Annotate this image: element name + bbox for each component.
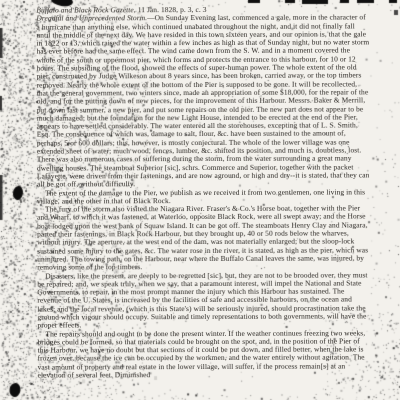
article-paragraph: The repairs should and ought to be done … — [37, 329, 370, 380]
article-opening-text: —On Sunday Evening last, commenced a gal… — [36, 13, 369, 189]
scanned-document-page: Buffalo and Black Rock Gazette, 11 Jan. … — [0, 0, 400, 400]
document-text-column: Buffalo and Black Rock Gazette, 11 Jan. … — [36, 5, 370, 380]
article-paragraph: The fury of the storm also visited the N… — [37, 205, 370, 273]
article-opening-paragraph: Dreadful and Unprecedented Storm.—On Sun… — [36, 14, 370, 189]
article-paragraph: Disasters, like the present, are deeply … — [37, 271, 370, 330]
